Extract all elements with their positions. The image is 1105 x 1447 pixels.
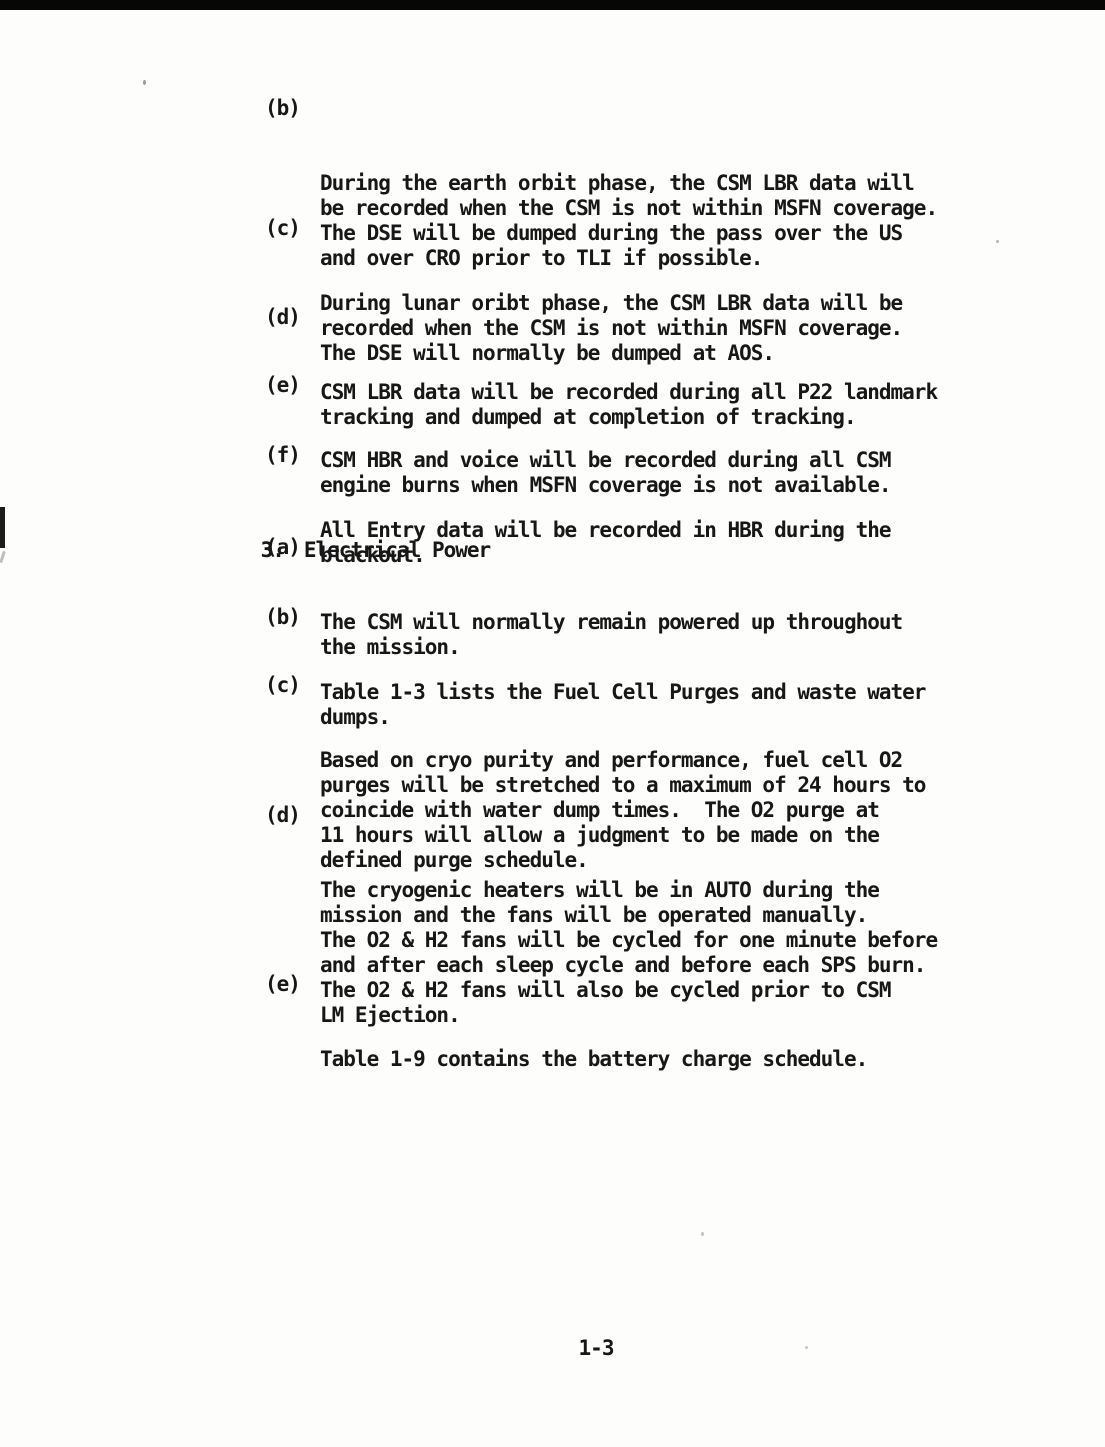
item-label: (c): [265, 673, 300, 698]
item-label: (e): [265, 373, 300, 398]
item-label: (b): [265, 96, 300, 121]
item-label: (c): [265, 216, 300, 241]
item-label: (a): [265, 535, 300, 560]
scan-speck: [805, 1346, 808, 1349]
page-number: 1-3: [555, 1336, 637, 1361]
scan-top-edge-bar: [0, 0, 1105, 10]
item-text: Table 1-9 contains the battery charge sc…: [320, 1047, 995, 1072]
item-label: (f): [265, 443, 300, 468]
scan-speck: [701, 1232, 704, 1236]
margin-smudge: [0, 551, 6, 563]
item-label: (d): [265, 803, 300, 828]
scan-speck: [143, 80, 146, 85]
item-label: (b): [265, 605, 300, 630]
item-label: (e): [265, 972, 300, 997]
margin-revision-bar: [0, 507, 5, 548]
list-item-e-electrical: (e) Table 1-9 contains the battery charg…: [265, 972, 995, 1122]
item-label: (d): [265, 305, 300, 330]
document-page: (b) During the earth orbit phase, the CS…: [0, 0, 1105, 1447]
scan-speck: [996, 240, 999, 243]
